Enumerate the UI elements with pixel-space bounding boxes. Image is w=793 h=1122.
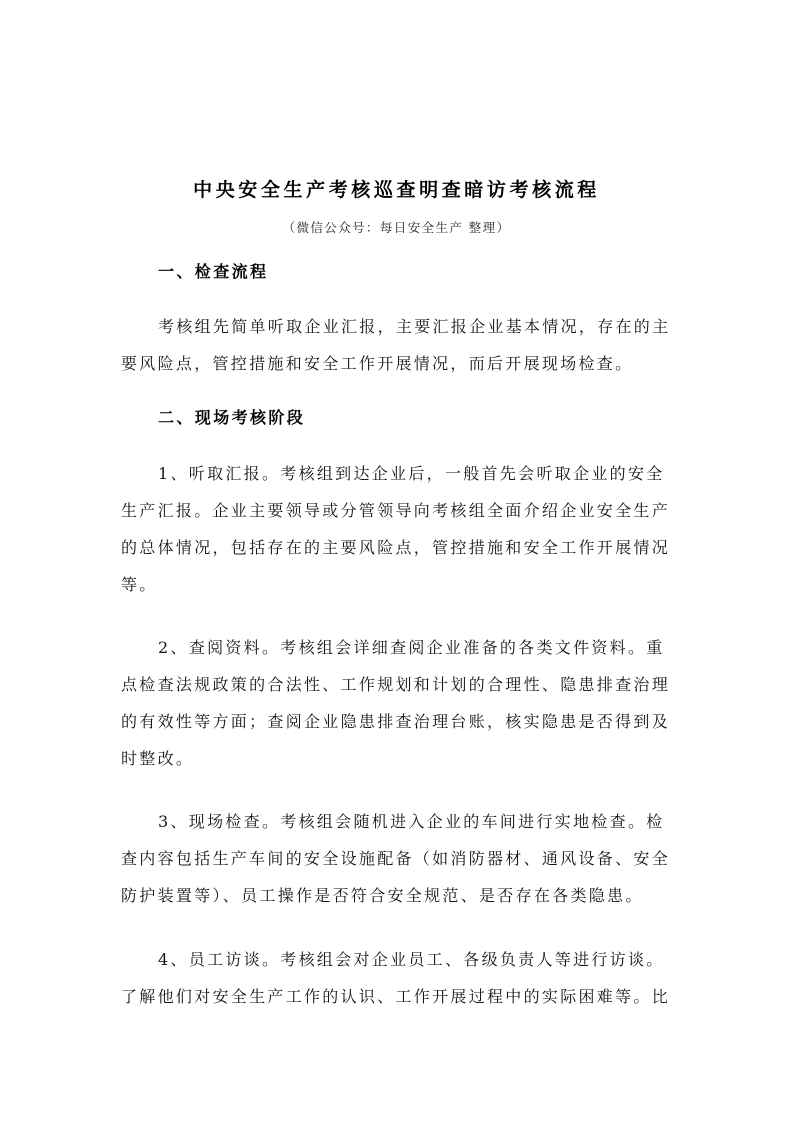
- paragraph-line: 2、查阅资料。考核组会详细查阅企业准备的各类文件资料。重: [121, 629, 681, 666]
- paragraph-line: 点检查法规政策的合法性、工作规划和计划的合理性、隐患排查治理: [121, 666, 681, 703]
- paragraph-line: 4、员工访谈。考核组会对企业员工、各级负责人等进行访谈。: [121, 941, 681, 978]
- paragraph-review-documents: 2、查阅资料。考核组会详细查阅企业准备的各类文件资料。重 点检查法规政策的合法性…: [121, 629, 681, 777]
- section-heading-onsite-assessment: 二、现场考核阶段: [158, 405, 305, 431]
- paragraph-line: 的总体情况，包括存在的主要风险点，管控措施和安全工作开展情况: [121, 529, 681, 566]
- paragraph-line: 1、听取汇报。考核组到达企业后，一般首先会听取企业的安全: [121, 455, 681, 492]
- paragraph-staff-interview: 4、员工访谈。考核组会对企业员工、各级负责人等进行访谈。 了解他们对安全生产工作…: [121, 941, 681, 1015]
- paragraph-line: 查内容包括生产车间的安全设施配备（如消防器材、通风设备、安全: [121, 840, 681, 877]
- section-heading-inspection-process: 一、检查流程: [158, 259, 268, 285]
- paragraph-line: 要风险点，管控措施和安全工作开展情况，而后开展现场检查。: [121, 345, 681, 382]
- paragraph-line: 生产汇报。企业主要领导或分管领导向考核组全面介绍企业安全生产: [121, 492, 681, 529]
- paragraph-line: 等。: [121, 566, 681, 603]
- paragraph-line: 防护装置等）、员工操作是否符合安全规范、是否存在各类隐患。: [121, 877, 681, 914]
- document-subtitle: （微信公众号：每日安全生产 整理）: [0, 218, 793, 238]
- document-page: 中央安全生产考核巡查明查暗访考核流程 （微信公众号：每日安全生产 整理） 一、检…: [0, 0, 793, 1122]
- paragraph-line: 考核组先简单听取企业汇报，主要汇报企业基本情况，存在的主: [121, 308, 681, 345]
- paragraph-line: 时整改。: [121, 740, 681, 777]
- paragraph-inspection-process: 考核组先简单听取企业汇报，主要汇报企业基本情况，存在的主 要风险点，管控措施和安…: [121, 308, 681, 382]
- paragraph-line: 了解他们对安全生产工作的认识、工作开展过程中的实际困难等。比: [121, 978, 681, 1015]
- paragraph-listen-report: 1、听取汇报。考核组到达企业后，一般首先会听取企业的安全 生产汇报。企业主要领导…: [121, 455, 681, 603]
- paragraph-line: 的有效性等方面；查阅企业隐患排查治理台账，核实隐患是否得到及: [121, 703, 681, 740]
- document-title: 中央安全生产考核巡查明查暗访考核流程: [0, 176, 793, 204]
- paragraph-line: 3、现场检查。考核组会随机进入企业的车间进行实地检查。检: [121, 803, 681, 840]
- paragraph-onsite-inspection: 3、现场检查。考核组会随机进入企业的车间进行实地检查。检 查内容包括生产车间的安…: [121, 803, 681, 914]
